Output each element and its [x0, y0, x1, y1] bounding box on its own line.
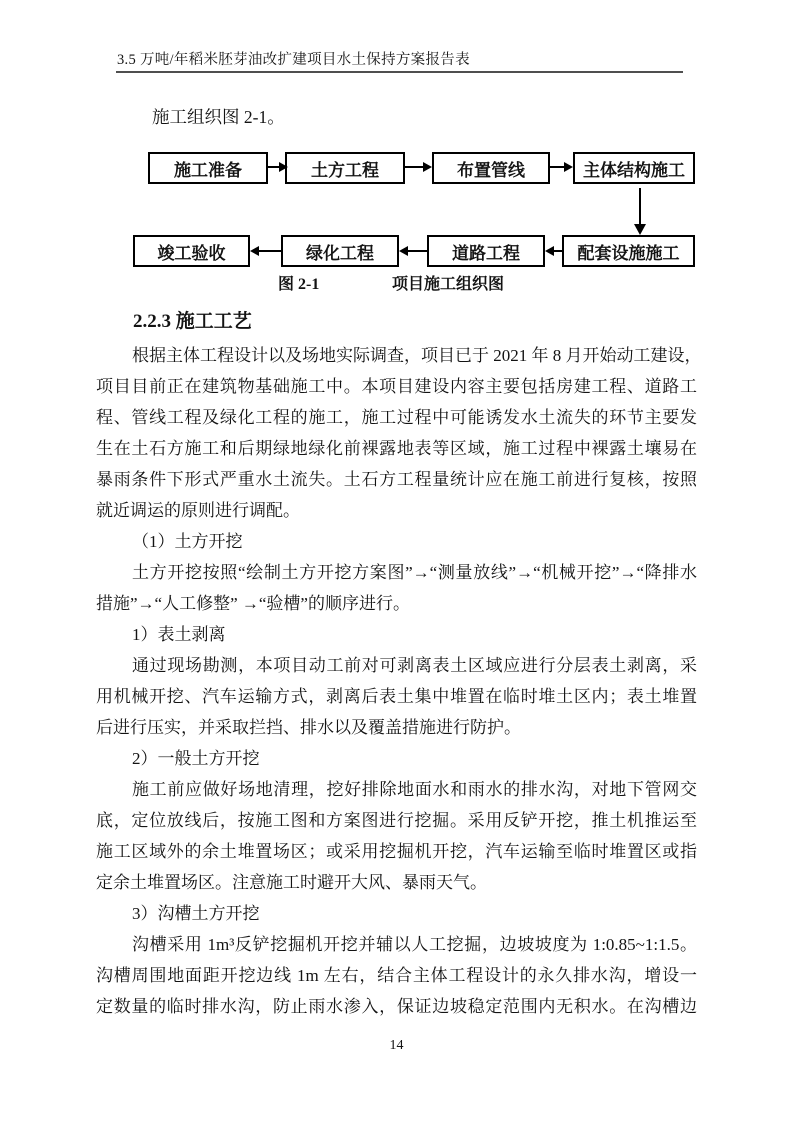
body-text-line: 定余土堆置场区。注意施工时避开大风、暴雨天气。	[96, 867, 697, 898]
body-text-line: 根据主体工程设计以及场地实际调查，项目已于 2021 年 8 月开始动工建设，	[96, 340, 697, 371]
body-text-line: 后进行压实，并采取拦挡、排水以及覆盖措施进行防护。	[96, 712, 697, 743]
arrow-left-icon	[399, 246, 408, 256]
flowchart-node-main-structure: 主体结构施工	[573, 152, 695, 184]
arrow-left-icon	[554, 250, 562, 252]
flowchart-node-construction-prep: 施工准备	[148, 152, 268, 184]
body-text-line: （1）土方开挖	[96, 526, 697, 557]
body-text-line: 措施”→“人工修整” →“验槽”的顺序进行。	[96, 588, 697, 619]
figure-caption-title: 项目施工组织图	[392, 271, 504, 294]
intro-line: 施工组织图 2-1。	[152, 104, 285, 129]
body-text-line: 程、管线工程及绿化工程的施工，施工过程中可能诱发水土流失的环节主要发	[96, 402, 697, 433]
arrow-left-icon	[259, 250, 281, 252]
body-text-line: 1）表土剥离	[96, 619, 697, 650]
body-text-line: 2）一般土方开挖	[96, 743, 697, 774]
page-number: 14	[0, 1038, 793, 1054]
arrow-right-icon	[405, 166, 424, 168]
header-rule	[116, 71, 683, 73]
body-text-line: 生在土石方施工和后期绿地绿化前裸露地表等区域，施工过程中裸露土壤易在	[96, 433, 697, 464]
header-title: 3.5 万吨/年稻米胚芽油改扩建项目水土保持方案报告表	[117, 48, 470, 69]
section-heading: 2.2.3 施工工艺	[133, 306, 252, 333]
body-text-line: 项目目前正在建筑物基础施工中。本项目建设内容主要包括房建工程、道路工	[96, 371, 697, 402]
arrow-down-icon	[639, 188, 641, 224]
body-text-line: 用机械开挖、汽车运输方式，剥离后表土集中堆置在临时堆土区内；表土堆置	[96, 681, 697, 712]
body-text-line: 3）沟槽土方开挖	[96, 898, 697, 929]
body-text-line: 沟槽采用 1m³反铲挖掘机开挖并辅以人工挖掘，边坡坡度为 1:0.85~1:1.…	[96, 929, 697, 960]
body-text-line: 沟槽周围地面距开挖边线 1m 左右，结合主体工程设计的永久排水沟，增设一	[96, 960, 697, 991]
body-text-line: 底，定位放线后，按施工图和方案图进行挖掘。采用反铲开挖，推土机推运至	[96, 805, 697, 836]
body-text: 根据主体工程设计以及场地实际调查，项目已于 2021 年 8 月开始动工建设， …	[96, 340, 697, 1022]
arrow-left-icon	[250, 246, 259, 256]
flowchart-node-greening-works: 绿化工程	[281, 235, 399, 267]
flowchart-node-auxiliary-facilities: 配套设施施工	[562, 235, 695, 267]
flowchart-node-road-works: 道路工程	[427, 235, 545, 267]
arrow-right-icon	[550, 166, 565, 168]
body-text-line: 通过现场勘测，本项目动工前对可剥离表土区域应进行分层表土剥离，采	[96, 650, 697, 681]
arrow-right-icon	[423, 162, 432, 172]
arrow-right-icon	[564, 162, 573, 172]
figure-caption-label: 图 2-1	[278, 271, 319, 294]
flowchart-node-pipeline-layout: 布置管线	[432, 152, 550, 184]
document-page: 3.5 万吨/年稻米胚芽油改扩建项目水土保持方案报告表 施工组织图 2-1。 施…	[0, 0, 793, 1122]
arrow-left-icon	[408, 250, 427, 252]
body-text-line: 施工前应做好场地清理，挖好排除地面水和雨水的排水沟，对地下管网交	[96, 774, 697, 805]
body-text-line: 土方开挖按照“绘制土方开挖方案图”→“测量放线”→“机械开挖”→“降排水	[96, 557, 697, 588]
flowchart-node-earthwork: 土方工程	[285, 152, 405, 184]
arrow-right-icon	[279, 162, 288, 172]
arrow-down-icon	[634, 224, 646, 235]
body-text-line: 定数量的临时排水沟，防止雨水渗入，保证边坡稳定范围内无积水。在沟槽边	[96, 991, 697, 1022]
arrow-left-icon	[545, 246, 554, 256]
body-text-line: 就近调运的原则进行调配。	[96, 495, 697, 526]
body-text-line: 施工区域外的余土堆置场区；或采用挖掘机开挖，汽车运输至临时堆置区或指	[96, 836, 697, 867]
body-text-line: 暴雨条件下形式严重水土流失。土石方工程量统计应在施工前进行复核，按照	[96, 464, 697, 495]
flowchart-node-completion-acceptance: 竣工验收	[133, 235, 250, 267]
